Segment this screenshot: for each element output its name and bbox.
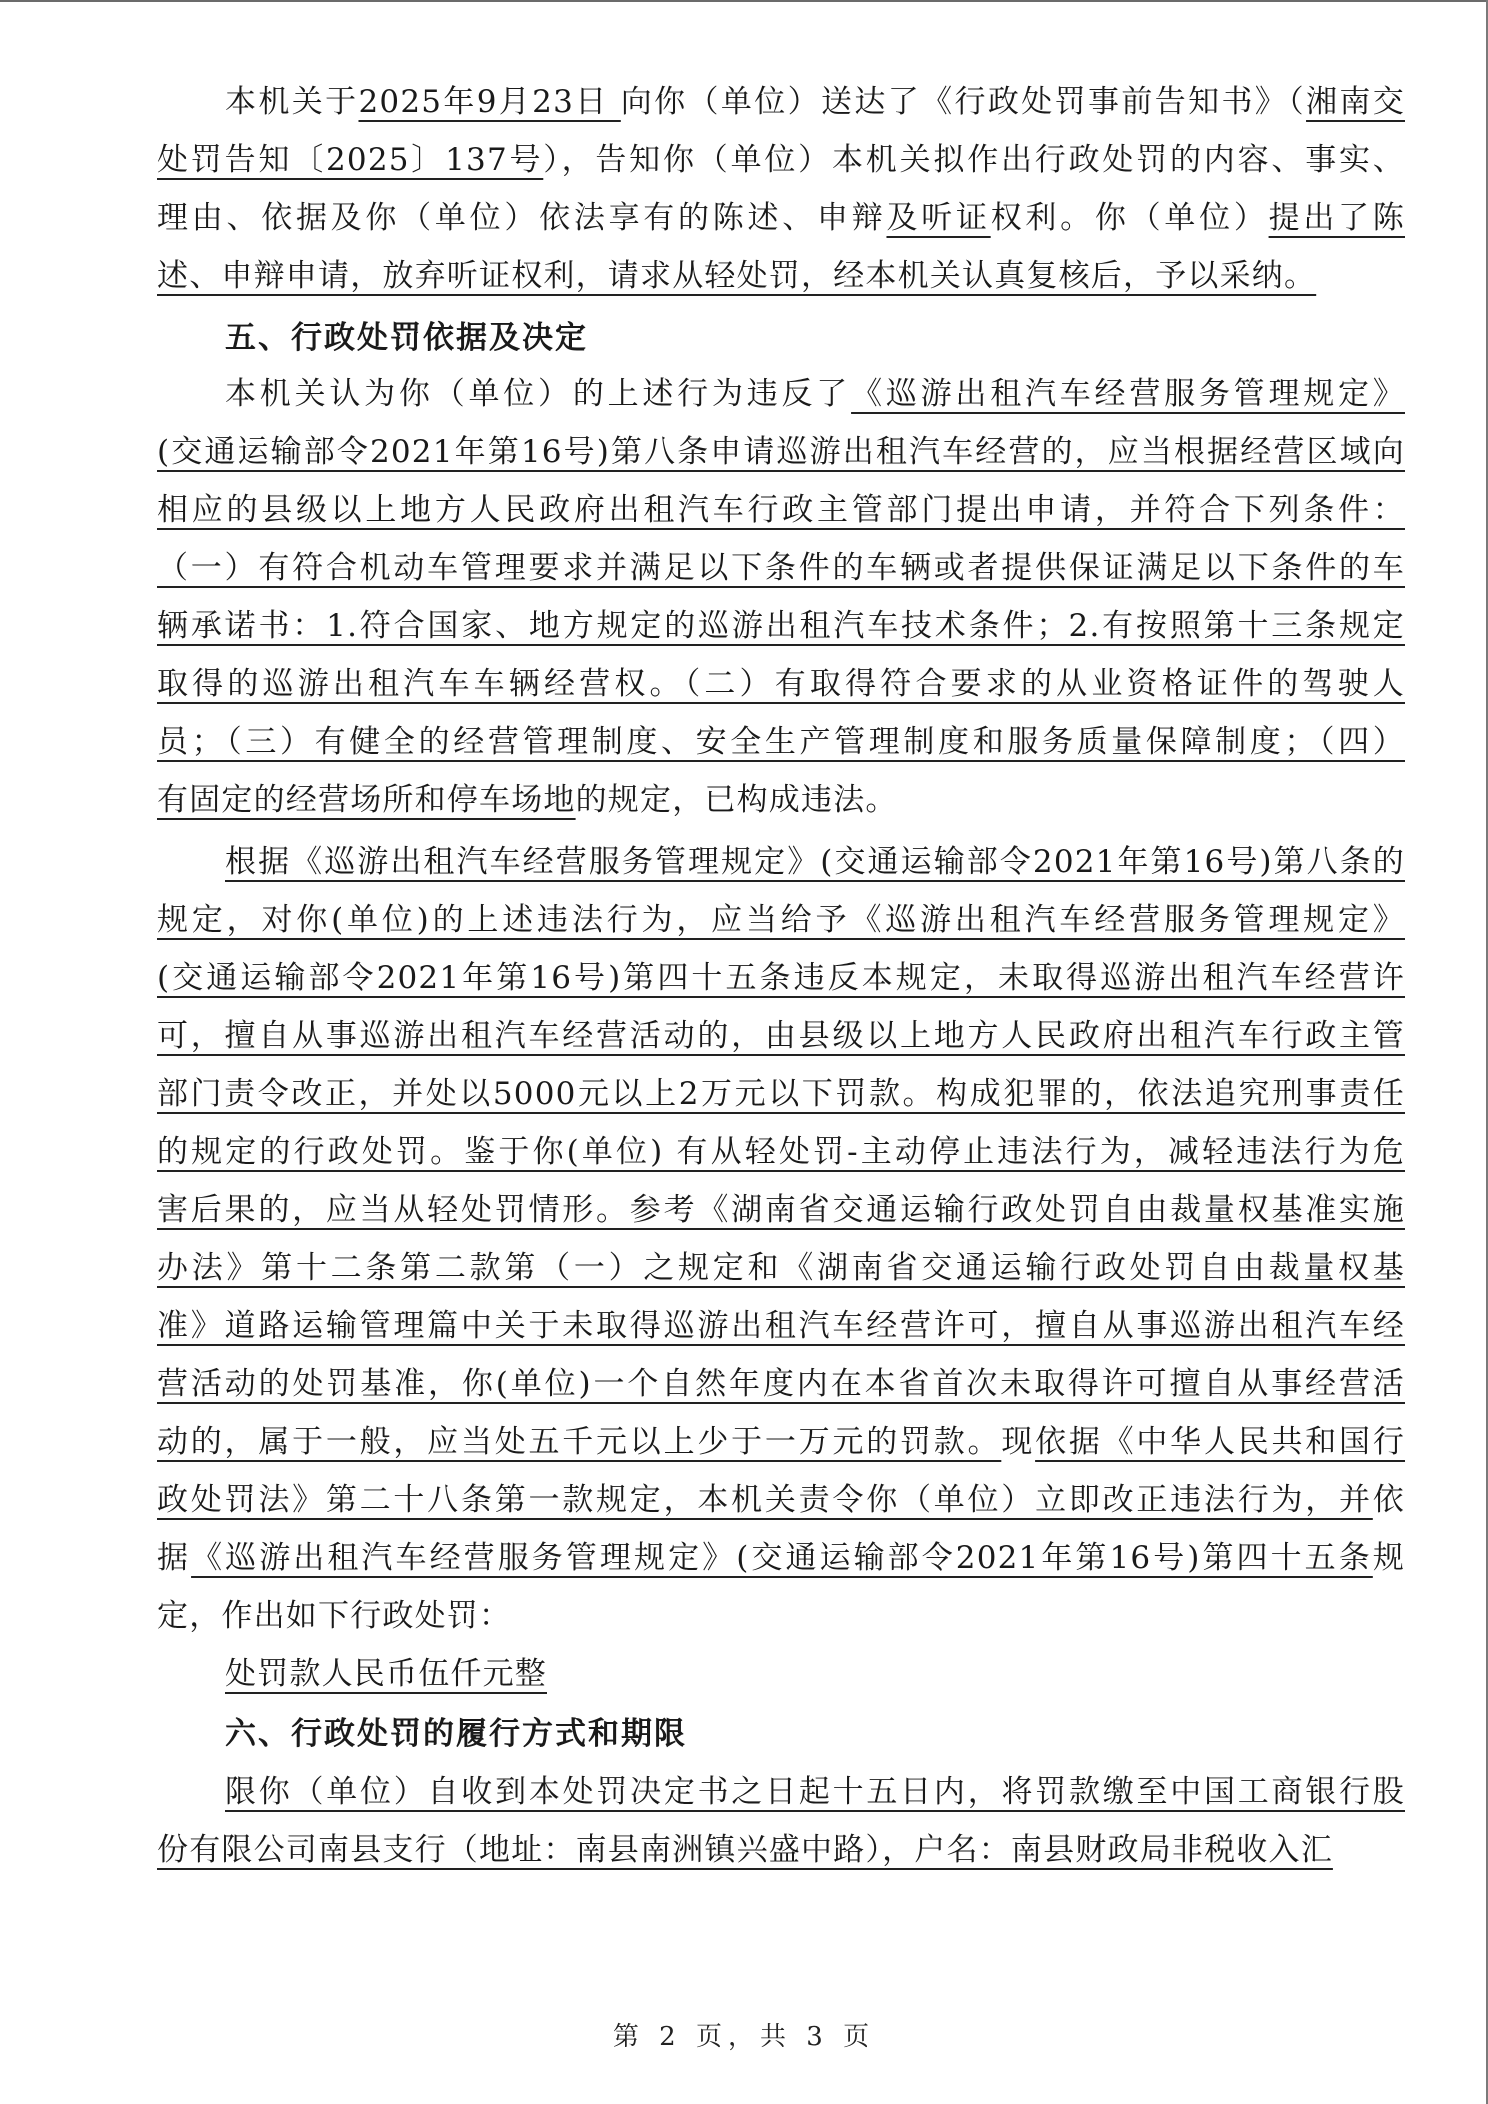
text-line: (交通运输部令2021年第16号)第四十五条违反本规定，未取得巡游出租汽车经营许	[157, 954, 1405, 1002]
underlined-text: 处罚告知〔2025〕137号	[157, 142, 543, 178]
text-span: 的规定，已构成违法。	[576, 782, 898, 818]
text-line: 有固定的经营场所和停车场地的规定，已构成违法。	[157, 776, 1405, 824]
underlined-text: 《巡游出租汽车经营服务管理规定》(交通运输部令2021年第16号)第四十五条	[191, 1540, 1373, 1576]
text-line: 据《巡游出租汽车经营服务管理规定》(交通运输部令2021年第16号)第四十五条规	[157, 1534, 1405, 1582]
underlined-text: （一）有符合机动车管理要求并满足以下条件的车辆或者提供保证满足以下条件的车	[157, 550, 1405, 586]
text-span: ），告知你（单位）本机关拟作出行政处罚的内容、事实、	[543, 142, 1405, 178]
underlined-text: 限你（单位）自收到本处罚决定书之日起十五日内，将罚款缴至中国工商银行股	[225, 1774, 1405, 1810]
text-line: （一）有符合机动车管理要求并满足以下条件的车辆或者提供保证满足以下条件的车	[157, 544, 1405, 592]
text-line: 辆承诺书：1.符合国家、地方规定的巡游出租汽车技术条件；2.有按照第十三条规定	[157, 602, 1405, 650]
underlined-text: 《巡游出租汽车经营服务管理规定》	[851, 376, 1405, 412]
text-line: 办法》第十二条第二款第（一）之规定和《湖南省交通运输行政处罚自由裁量权基	[157, 1244, 1405, 1292]
text-line: 理由、依据及你（单位）依法享有的陈述、申辩及听证权利。你（单位）提出了陈	[157, 194, 1405, 242]
underlined-text: 员；（三）有健全的经营管理制度、安全生产管理制度和服务质量保障制度；（四）	[157, 724, 1405, 760]
text-span: 权利。你（单位）	[991, 200, 1269, 236]
text-line: 根据《巡游出租汽车经营服务管理规定》(交通运输部令2021年第16号)第八条的	[157, 838, 1405, 886]
underlined-text: 份有限公司南县支行（地址：南县南洲镇兴盛中路），户名：南县财政局非税收入汇	[157, 1832, 1333, 1868]
text-line: 处罚款人民币伍仟元整	[157, 1650, 1405, 1698]
underlined-text: 取得的巡游出租汽车车辆经营权。（二）有取得符合要求的从业资格证件的驾驶人	[157, 666, 1405, 702]
underlined-text: 动的，属于一般，应当处五千元以上少于一万元的罚款。	[157, 1424, 1001, 1460]
text-span: 五、行政处罚依据及决定	[225, 320, 588, 356]
text-line: 害后果的，应当从轻处罚情形。参考《湖南省交通运输行政处罚自由裁量权基准实施	[157, 1186, 1405, 1234]
text-span: 向你（单位）送达了《行政处罚事前告知书》（	[621, 84, 1306, 120]
underlined-text: 部门责令改正，并处以5000元以上2万元以下罚款。构成犯罪的，依法追究刑事责任	[157, 1076, 1405, 1112]
text-line: 述、申辩申请，放弃听证权利，请求从轻处罚，经本机关认真复核后，予以采纳。	[157, 252, 1405, 300]
text-line: 营活动的处罚基准，你(单位)一个自然年度内在本省首次未取得许可擅自从事经营活	[157, 1360, 1405, 1408]
underlined-text: 规定，对你(单位)的上述违法行为，应当给予《巡游出租汽车经营服务管理规定》	[157, 902, 1405, 938]
text-line: 员；（三）有健全的经营管理制度、安全生产管理制度和服务质量保障制度；（四）	[157, 718, 1405, 766]
underlined-text: 办法》第十二条第二款第（一）之规定和《湖南省交通运输行政处罚自由裁量权基	[157, 1250, 1405, 1286]
text-span: 依	[1373, 1482, 1405, 1518]
underlined-text: 及听证	[886, 200, 990, 236]
page-number-footer: 第 2 页，共 3 页	[0, 2016, 1488, 2053]
text-line: 限你（单位）自收到本处罚决定书之日起十五日内，将罚款缴至中国工商银行股	[157, 1768, 1405, 1816]
text-span: 本机关认为你（单位）的上述行为违反了	[225, 376, 851, 412]
underlined-text: 辆承诺书：1.符合国家、地方规定的巡游出租汽车技术条件；2.有按照第十三条规定	[157, 608, 1405, 644]
text-line: 份有限公司南县支行（地址：南县南洲镇兴盛中路），户名：南县财政局非税收入汇	[157, 1826, 1405, 1874]
text-line: 本机关认为你（单位）的上述行为违反了《巡游出租汽车经营服务管理规定》	[157, 370, 1405, 418]
text-line: 规定，对你(单位)的上述违法行为，应当给予《巡游出租汽车经营服务管理规定》	[157, 896, 1405, 944]
underlined-text: 依据《中华人民共和国行	[1035, 1424, 1405, 1460]
text-line: 可，擅自从事巡游出租汽车经营活动的，由县级以上地方人民政府出租汽车行政主管	[157, 1012, 1405, 1060]
text-line: 政处罚法》第二十八条第一款规定，本机关责令你（单位）立即改正违法行为，并依	[157, 1476, 1405, 1524]
underlined-text: 有固定的经营场所和停车场地	[157, 782, 576, 818]
underlined-text: 根据《巡游出租汽车经营服务管理规定》(交通运输部令2021年第16号)第八条的	[225, 844, 1405, 880]
underlined-text: 处罚款人民币伍仟元整	[225, 1656, 547, 1692]
text-span: 定，作出如下行政处罚：	[157, 1598, 511, 1634]
underlined-text: 提出了陈	[1269, 200, 1405, 236]
underlined-text: 湘南交	[1306, 84, 1405, 120]
underlined-text: 相应的县级以上地方人民政府出租汽车行政主管部门提出申请，并符合下列条件：	[157, 492, 1405, 528]
text-span: 本机关于	[225, 84, 358, 120]
text-line: 本机关于2025年9月23日 向你（单位）送达了《行政处罚事前告知书》（湘南交	[157, 78, 1405, 126]
text-span: 规	[1373, 1540, 1405, 1576]
section-heading: 五、行政处罚依据及决定	[157, 314, 1405, 362]
underlined-text: (交通运输部令2021年第16号)第八条申请巡游出租汽车经营的，应当根据经营区域…	[157, 434, 1405, 470]
section-heading: 六、行政处罚的履行方式和期限	[157, 1710, 1405, 1758]
underlined-text: 的规定的行政处罚。鉴于你(单位) 有从轻处罚-主动停止违法行为，减轻违法行为危	[157, 1134, 1405, 1170]
underlined-text: 准》道路运输管理篇中关于未取得巡游出租汽车经营许可，擅自从事巡游出租汽车经	[157, 1308, 1405, 1344]
text-line: 取得的巡游出租汽车车辆经营权。（二）有取得符合要求的从业资格证件的驾驶人	[157, 660, 1405, 708]
text-line: 处罚告知〔2025〕137号），告知你（单位）本机关拟作出行政处罚的内容、事实、	[157, 136, 1405, 184]
text-line: 准》道路运输管理篇中关于未取得巡游出租汽车经营许可，擅自从事巡游出租汽车经	[157, 1302, 1405, 1350]
text-line: 相应的县级以上地方人民政府出租汽车行政主管部门提出申请，并符合下列条件：	[157, 486, 1405, 534]
underlined-text: 2025年9月23日	[358, 84, 620, 120]
text-line: 部门责令改正，并处以5000元以上2万元以下罚款。构成犯罪的，依法追究刑事责任	[157, 1070, 1405, 1118]
document-page: 本机关于2025年9月23日 向你（单位）送达了《行政处罚事前告知书》（湘南交处…	[0, 0, 1488, 2104]
underlined-text: 可，擅自从事巡游出租汽车经营活动的，由县级以上地方人民政府出租汽车行政主管	[157, 1018, 1405, 1054]
underlined-text: 害后果的，应当从轻处罚情形。参考《湖南省交通运输行政处罚自由裁量权基准实施	[157, 1192, 1405, 1228]
text-line: 动的，属于一般，应当处五千元以上少于一万元的罚款。现依据《中华人民共和国行	[157, 1418, 1405, 1466]
underlined-text: (交通运输部令2021年第16号)第四十五条违反本规定，未取得巡游出租汽车经营许	[157, 960, 1405, 996]
text-line: (交通运输部令2021年第16号)第八条申请巡游出租汽车经营的，应当根据经营区域…	[157, 428, 1405, 476]
underlined-text: 政处罚法》第二十八条第一款规定，本机关责令你（单位）立即改正违法行为，并	[157, 1482, 1373, 1518]
underlined-text: 述、申辩申请，放弃听证权利，请求从轻处罚，经本机关认真复核后，予以采纳。	[157, 258, 1316, 294]
text-span: 六、行政处罚的履行方式和期限	[225, 1716, 687, 1752]
text-span: 现	[1001, 1424, 1035, 1460]
underlined-text: 营活动的处罚基准，你(单位)一个自然年度内在本省首次未取得许可擅自从事经营活	[157, 1366, 1405, 1402]
text-span: 据	[157, 1540, 191, 1576]
text-line: 的规定的行政处罚。鉴于你(单位) 有从轻处罚-主动停止违法行为，减轻违法行为危	[157, 1128, 1405, 1176]
text-line: 定，作出如下行政处罚：	[157, 1592, 1405, 1640]
text-span: 理由、依据及你（单位）依法享有的陈述、申辩	[157, 200, 886, 236]
